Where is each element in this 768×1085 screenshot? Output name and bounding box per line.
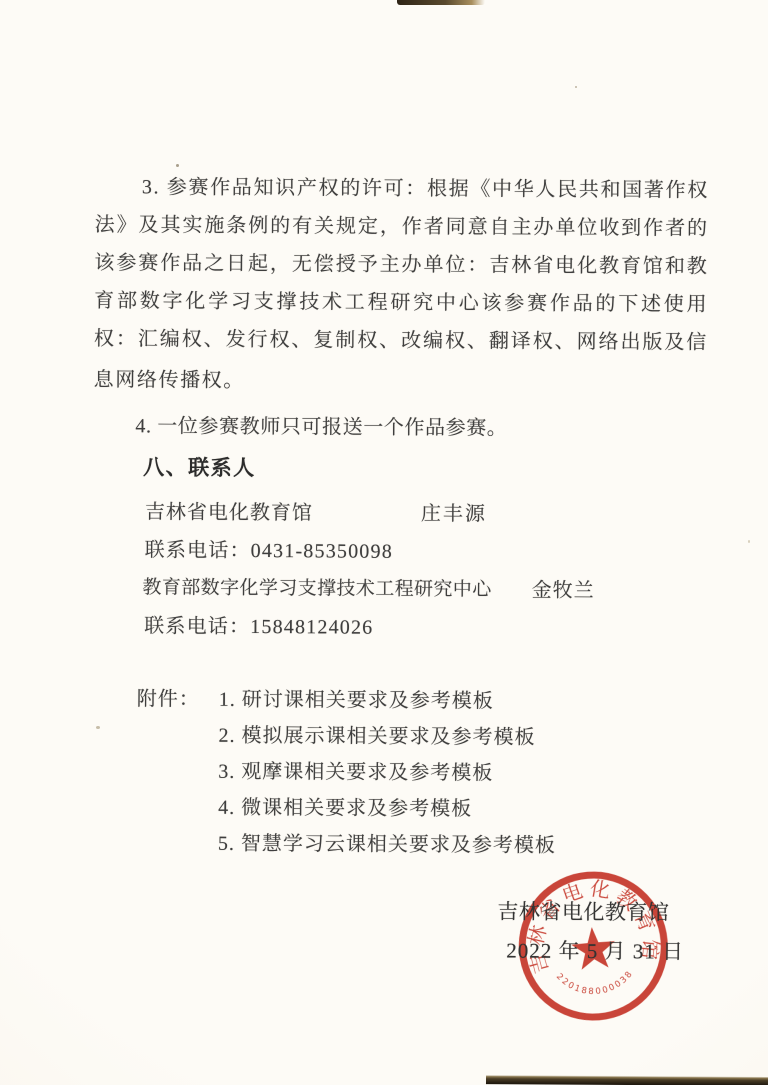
body-line: 育部数字化学习支撑技术工程研究中心该参赛作品的下述使用 bbox=[94, 282, 708, 324]
attachments-label-spacer bbox=[136, 804, 218, 805]
contact-org: 教育部数字化学习支撑技术工程研究中心 bbox=[142, 572, 491, 601]
section-heading: 八、联系人 bbox=[93, 447, 707, 489]
attachments-block: 附件： 1. 研讨课相关要求及参考模板 2. 模拟展示课相关要求及参考模板 3.… bbox=[91, 678, 706, 862]
body-line: 法》及其实施条例的有关规定，作者同意自主办单位收到作者的 bbox=[95, 206, 709, 248]
attachments-label-spacer bbox=[136, 768, 218, 769]
contact-phone-line: 联系电话：0431-85350098 bbox=[93, 528, 707, 570]
signature-date: 2022 年 5 月 31 日 bbox=[506, 931, 684, 970]
body-line: 4. 一位参赛教师只可报送一个作品参赛。 bbox=[93, 404, 707, 446]
body-line: 该参赛作品之日起，无偿授予主办单位：吉林省电化教育馆和教 bbox=[94, 244, 708, 286]
document-body: 3. 参赛作品知识产权的许可：根据《中华人民共和国著作权 法》及其实施条例的有关… bbox=[91, 168, 709, 862]
body-line: 权：汇编权、发行权、复制权、改编权、翻译权、网络出版及信 bbox=[94, 320, 708, 362]
attachment-row: 5. 智慧学习云课相关要求及参考模板 bbox=[136, 822, 705, 861]
document-page: 3. 参赛作品知识产权的许可：根据《中华人民共和国著作权 法》及其实施条例的有关… bbox=[0, 0, 768, 1085]
attachment-row: 3. 观摩课相关要求及参考模板 bbox=[136, 750, 705, 789]
body-line: 息网络传播权。 bbox=[94, 358, 708, 400]
document-content: 3. 参赛作品知识产权的许可：根据《中华人民共和国著作权 法》及其实施条例的有关… bbox=[0, 0, 768, 1085]
contact-org: 吉林省电化教育馆 bbox=[145, 495, 313, 525]
contact-person: 庄丰源 bbox=[421, 496, 487, 525]
attachment-item: 4. 微课相关要求及参考模板 bbox=[218, 790, 472, 821]
attachments-label: 附件： bbox=[137, 682, 219, 712]
attachment-row: 4. 微课相关要求及参考模板 bbox=[136, 786, 705, 825]
signature-org: 吉林省电化教育馆 bbox=[497, 891, 684, 930]
attachments-label-spacer bbox=[137, 732, 219, 733]
attachment-item: 1. 研讨课相关要求及参考模板 bbox=[219, 682, 494, 713]
attachment-item: 3. 观摩课相关要求及参考模板 bbox=[218, 754, 493, 785]
body-line: 3. 参赛作品知识产权的许可：根据《中华人民共和国著作权 bbox=[95, 168, 709, 210]
attachment-item: 2. 模拟展示课相关要求及参考模板 bbox=[218, 718, 535, 749]
contact-person: 金牧兰 bbox=[532, 573, 595, 602]
attachments-label-spacer bbox=[136, 840, 218, 841]
contact-phone-line: 联系电话：15848124026 bbox=[92, 604, 706, 646]
attachment-item: 5. 智慧学习云课相关要求及参考模板 bbox=[218, 826, 556, 857]
signature-block: 吉林省电化教育馆 2022 年 5 月 31 日 bbox=[497, 891, 684, 969]
contact-line: 教育部数字化学习支撑技术工程研究中心 金牧兰 bbox=[92, 566, 706, 608]
attachment-row: 附件： 1. 研讨课相关要求及参考模板 bbox=[137, 678, 706, 717]
contact-line: 吉林省电化教育馆 庄丰源 bbox=[93, 490, 707, 532]
attachment-row: 2. 模拟展示课相关要求及参考模板 bbox=[136, 714, 705, 753]
